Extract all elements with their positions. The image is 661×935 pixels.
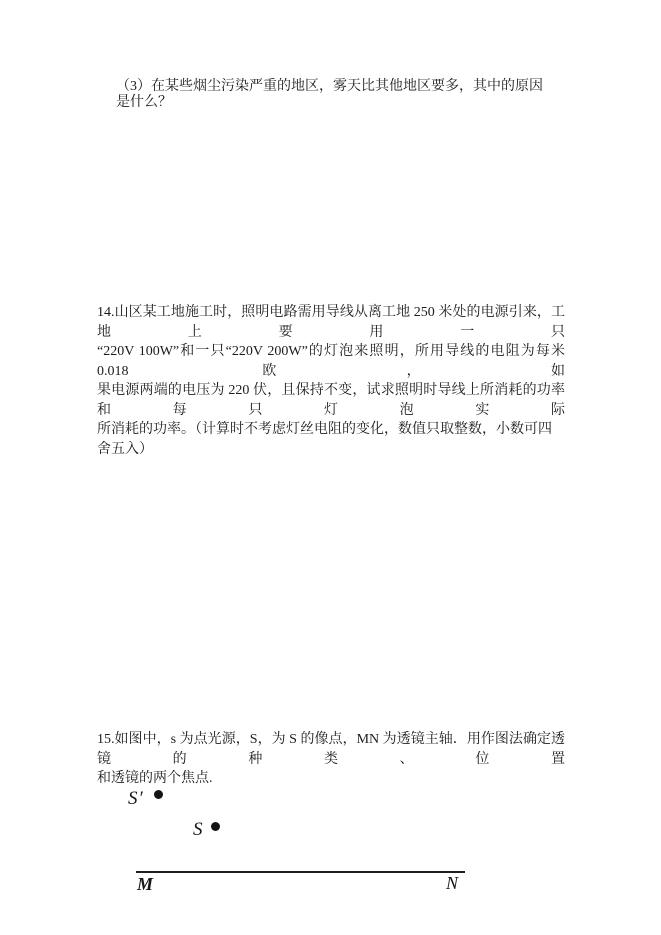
lens-axis-diagram: S′ S M N bbox=[0, 780, 661, 905]
question-14: 14.山区某工地施工时，照明电路需用导线从离工地 250 米处的电源引来，工地上… bbox=[97, 303, 565, 459]
principal-axis-line bbox=[136, 871, 465, 873]
question-3-text: （3）在某些烟尘污染严重的地区，雾天比其他地区要多，其中的原因是什么？ bbox=[116, 79, 556, 111]
question-14-line-2: “220V 100W”和一只“220V 200W”的灯泡来照明，所用导线的电阻为… bbox=[97, 342, 565, 381]
axis-right-label: N bbox=[446, 874, 458, 893]
image-point-dot bbox=[154, 790, 163, 799]
object-point-label: S bbox=[193, 820, 203, 839]
question-14-line-4: 所消耗的功率。（计算时不考虑灯丝电阻的变化，数值只取整数，小数可四舍五入） bbox=[97, 420, 565, 459]
question-14-line-1: 14.山区某工地施工时，照明电路需用导线从离工地 250 米处的电源引来，工地上… bbox=[97, 303, 565, 342]
object-point-dot bbox=[211, 822, 220, 831]
image-point-label: S′ bbox=[128, 789, 144, 808]
worksheet-page: （3）在某些烟尘污染严重的地区，雾天比其他地区要多，其中的原因是什么？ 14.山… bbox=[0, 0, 661, 935]
question-15-line-1: 15.如图中，s 为点光源，S，为 S 的像点，MN 为透镜主轴．用作图法确定透… bbox=[97, 730, 565, 769]
question-14-line-3: 果电源两端的电压为 220 伏，且保持不变，试求照明时导线上所消耗的功率和每只灯… bbox=[97, 381, 565, 420]
axis-left-label: M bbox=[137, 875, 153, 894]
